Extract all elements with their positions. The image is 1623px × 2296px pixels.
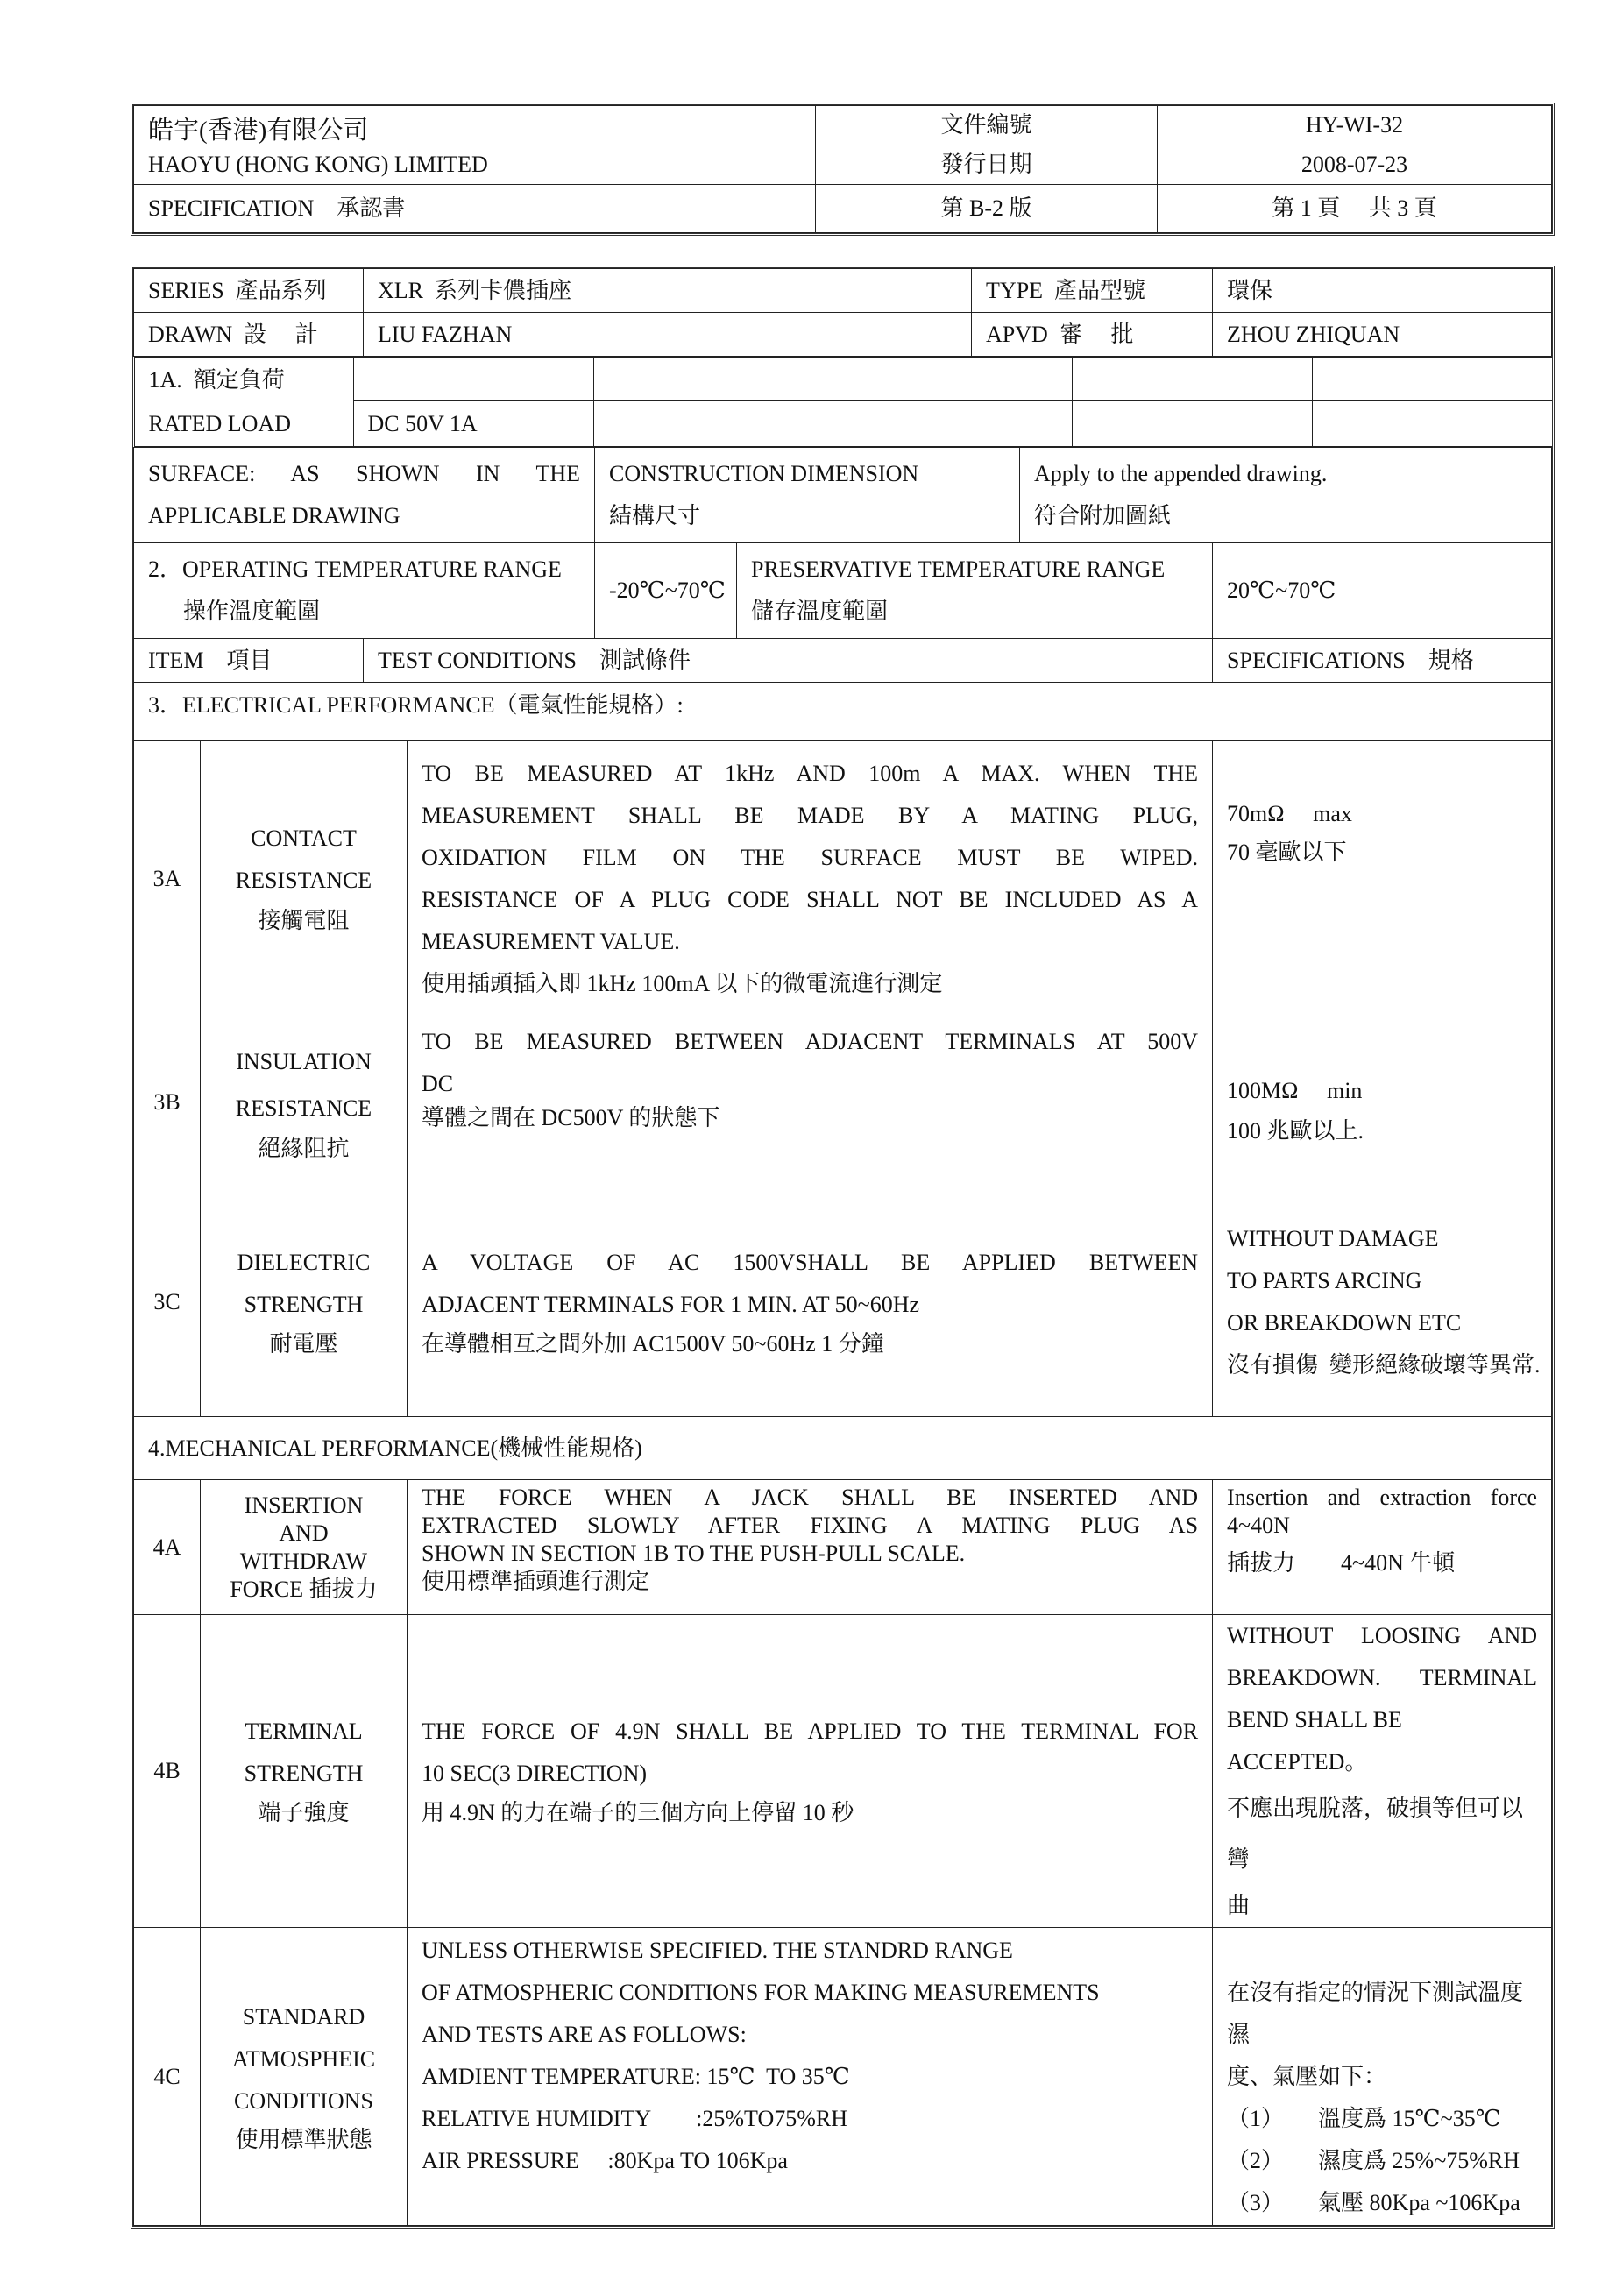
test-line-cn: 使用插頭插入即 1kHz 100mA 以下的微電流進行測定 xyxy=(422,963,1198,1005)
preservative-temp-en: PRESERVATIVE TEMPERATURE RANGE xyxy=(751,549,1198,591)
item-name-line: CONTACT xyxy=(215,818,393,860)
item-name-line: 耐電壓 xyxy=(215,1326,393,1363)
series-label: SERIES 產品系列 xyxy=(134,269,364,313)
test-line: MEASUREMENT SHALL BE MADE BY A MATING PL… xyxy=(422,795,1198,837)
item-name-line: STRENGTH xyxy=(215,1753,393,1795)
section-electrical: 3．ELECTRICAL PERFORMANCE（電氣性能規格）: xyxy=(134,683,1552,741)
column-header-spec: SPECIFICATIONS 規格 xyxy=(1213,639,1552,683)
spec-line: （3） 氣壓 80Kpa ~106Kpa xyxy=(1227,2182,1537,2224)
drawn-label: DRAWN 設 計 xyxy=(134,313,364,357)
rated-load-cell xyxy=(1072,358,1312,401)
spec-line: BEND SHALL BE ACCEPTED。 xyxy=(1227,1699,1537,1783)
specification: WITHOUT DAMAGE TO PARTS ARCING OR BREAKD… xyxy=(1213,1187,1552,1417)
rated-load-label-en: RATED LOAD xyxy=(149,402,339,446)
test-conditions: UNLESS OTHERWISE SPECIFIED. THE STANDRD … xyxy=(408,1928,1213,2226)
construction-dimension: CONSTRUCTION DIMENSION 結構尺寸 xyxy=(595,448,1020,543)
apvd-value: ZHOU ZHIQUAN xyxy=(1213,313,1552,357)
item-number: 4A xyxy=(134,1480,201,1615)
surface-line-1: SURFACE: AS SHOWN IN THE xyxy=(148,453,580,495)
item-name: INSULATION RESISTANCE 絕緣阻抗 xyxy=(201,1017,408,1187)
preservative-temp-cn: 儲存溫度範圍 xyxy=(751,591,1198,633)
test-line: AMDIENT TEMPERATURE: 15℃ TO 35℃ xyxy=(422,2056,1198,2098)
test-conditions: A VOLTAGE OF AC 1500VSHALL BE APPLIED BE… xyxy=(408,1187,1213,1417)
test-line: AND TESTS ARE AS FOLLOWS: xyxy=(422,2014,1198,2056)
doc-number-value: HY-WI-32 xyxy=(1158,106,1552,145)
spec-line: 100 兆歐以上. xyxy=(1227,1111,1537,1152)
specification: WITHOUT LOOSING AND BREAKDOWN. TERMINAL … xyxy=(1213,1615,1552,1928)
item-number: 3A xyxy=(134,741,201,1017)
item-number: 4C xyxy=(134,1928,201,2226)
company-name-cn: 皓宇(香港)有限公司 xyxy=(148,113,801,148)
spec-line: 插拔力 4~40N 牛頓 xyxy=(1227,1540,1537,1587)
test-line: MEASUREMENT VALUE. xyxy=(422,921,1198,963)
item-name: INSERTION AND WITHDRAW FORCE 插拔力 xyxy=(201,1480,408,1615)
spec-line: 度、氣壓如下： xyxy=(1227,2056,1537,2098)
item-name-line: RESISTANCE xyxy=(215,860,393,902)
item-name-line: STANDARD xyxy=(215,1996,393,2038)
rated-load-value: DC 50V 1A xyxy=(353,401,593,447)
item-name-line: INSULATION xyxy=(215,1040,393,1084)
item-name: TERMINAL STRENGTH 端子強度 xyxy=(201,1615,408,1928)
rated-load-cell xyxy=(833,358,1072,401)
item-name-line: INSERTION xyxy=(215,1492,393,1520)
test-line: RELATIVE HUMIDITY :25%TO75%RH xyxy=(422,2098,1198,2140)
specification: 70mΩ max 70 毫歐以下 xyxy=(1213,741,1552,1017)
test-line-cn: 使用標準插頭進行測定 xyxy=(422,1568,1198,1596)
test-line: OXIDATION FILM ON THE SURFACE MUST BE WI… xyxy=(422,837,1198,879)
spec-line: 沒有損傷 變形絕緣破壞等異常. xyxy=(1227,1344,1537,1386)
item-name-line: DIELECTRIC xyxy=(215,1242,393,1284)
item-name-line: 使用標準狀態 xyxy=(215,2122,393,2158)
item-name-line: STRENGTH xyxy=(215,1284,393,1326)
spec-line: 曲 xyxy=(1227,1885,1537,1927)
specification: 在沒有指定的情況下測試溫度濕 度、氣壓如下： （1） 溫度爲 15℃~35℃ （… xyxy=(1213,1928,1552,2226)
type-label: TYPE 產品型號 xyxy=(972,269,1213,313)
item-name: STANDARD ATMOSPHEIC CONDITIONS 使用標準狀態 xyxy=(201,1928,408,2226)
rated-load-cell xyxy=(1312,358,1552,401)
test-line: ADJACENT TERMINALS FOR 1 MIN. AT 50~60Hz xyxy=(422,1284,1198,1326)
item-name-line: FORCE 插拔力 xyxy=(215,1576,393,1604)
column-header-test: TEST CONDITIONS 測試條件 xyxy=(364,639,1213,683)
spec-line: 在沒有指定的情況下測試溫度濕 xyxy=(1227,1972,1537,2056)
issue-date-label: 發行日期 xyxy=(816,145,1158,185)
test-line: THE FORCE OF 4.9N SHALL BE APPLIED TO TH… xyxy=(422,1711,1198,1753)
spec-line: 不應出現脫落，破損等但可以彎 xyxy=(1227,1783,1537,1885)
rated-load-cell xyxy=(1312,401,1552,447)
doc-number-label: 文件編號 xyxy=(816,106,1158,145)
spec-line: 70 毫歐以下 xyxy=(1227,833,1537,872)
test-line: UNLESS OTHERWISE SPECIFIED. THE STANDRD … xyxy=(422,1930,1198,1972)
test-line: SHOWN IN SECTION 1B TO THE PUSH-PULL SCA… xyxy=(422,1540,1198,1568)
rated-load-table: 1A. 額定負荷 RATED LOAD DC 50V 1A xyxy=(134,357,1553,447)
operating-temp-en: 2．OPERATING TEMPERATURE RANGE xyxy=(148,549,580,591)
item-number: 3C xyxy=(134,1187,201,1417)
test-line: AIR PRESSURE :80Kpa TO 106Kpa xyxy=(422,2140,1198,2182)
page-number: 第 1 頁 共 3 頁 xyxy=(1158,185,1552,233)
spec-line: 4~40N xyxy=(1227,1512,1537,1540)
spec-line: OR BREAKDOWN ETC xyxy=(1227,1302,1537,1344)
specification: 100MΩ min 100 兆歐以上. xyxy=(1213,1017,1552,1187)
construction-cn: 結構尺寸 xyxy=(609,495,1005,537)
test-conditions: TO BE MEASURED BETWEEN ADJACENT TERMINAL… xyxy=(408,1017,1213,1187)
item-name-line: WITHDRAW xyxy=(215,1548,393,1576)
doc-title: SPECIFICATION 承認書 xyxy=(134,185,816,233)
preservative-temp-label: PRESERVATIVE TEMPERATURE RANGE 儲存溫度範圍 xyxy=(737,543,1213,639)
item-name: CONTACT RESISTANCE 接觸電阻 xyxy=(201,741,408,1017)
drawn-value: LIU FAZHAN xyxy=(364,313,972,357)
item-name-line: ATMOSPHEIC xyxy=(215,2038,393,2080)
operating-temp-label: 2．OPERATING TEMPERATURE RANGE 操作溫度範圍 xyxy=(134,543,595,639)
test-conditions: THE FORCE OF 4.9N SHALL BE APPLIED TO TH… xyxy=(408,1615,1213,1928)
test-line: A VOLTAGE OF AC 1500VSHALL BE APPLIED BE… xyxy=(422,1242,1198,1284)
test-line-cn: 用 4.9N 的力在端子的三個方向上停留 10 秒 xyxy=(422,1795,1198,1832)
item-name-line: CONDITIONS xyxy=(215,2080,393,2122)
test-line: DC xyxy=(422,1063,1198,1105)
rated-load-label-cn: 1A. 額定負荷 xyxy=(149,358,339,402)
spec-line: （1） 溫度爲 15℃~35℃ xyxy=(1227,2098,1537,2140)
rated-load-cell xyxy=(1072,401,1312,447)
construction-en: CONSTRUCTION DIMENSION xyxy=(609,453,1005,495)
test-conditions: THE FORCE WHEN A JACK SHALL BE INSERTED … xyxy=(408,1480,1213,1615)
operating-temp-cn: 操作溫度範圍 xyxy=(148,591,580,633)
item-number: 3B xyxy=(134,1017,201,1187)
rated-load-cell xyxy=(593,401,833,447)
spec-line: WITHOUT LOOSING AND xyxy=(1227,1615,1537,1657)
apply-drawing: Apply to the appended drawing. 符合附加圖紙 xyxy=(1020,448,1552,543)
spec-line: WITHOUT DAMAGE xyxy=(1227,1218,1537,1260)
rated-load-cell xyxy=(833,401,1072,447)
spec-line: BREAKDOWN. TERMINAL xyxy=(1227,1657,1537,1699)
company-name-en: HAOYU (HONG KONG) LIMITED xyxy=(148,148,801,181)
apvd-label: APVD 審 批 xyxy=(972,313,1213,357)
preservative-temp-value: 20℃~70℃ xyxy=(1213,543,1552,639)
item-name-line: 接觸電阻 xyxy=(215,902,393,940)
test-line: 10 SEC(3 DIRECTION) xyxy=(422,1753,1198,1795)
spec-line: 70mΩ max xyxy=(1227,795,1537,833)
spec-line: TO PARTS ARCING xyxy=(1227,1260,1537,1302)
surface-line-2: APPLICABLE DRAWING xyxy=(148,503,400,528)
rated-load-cell xyxy=(593,358,833,401)
test-line: TO BE MEASURED BETWEEN ADJACENT TERMINAL… xyxy=(422,1021,1198,1063)
column-header-item: ITEM 項目 xyxy=(134,639,364,683)
spec-line: （2） 濕度爲 25%~75%RH xyxy=(1227,2140,1537,2182)
item-name-line: 端子強度 xyxy=(215,1795,393,1832)
rated-load-cell xyxy=(353,358,593,401)
item-name-line: RESISTANCE xyxy=(215,1084,393,1133)
test-line: THE FORCE WHEN A JACK SHALL BE INSERTED … xyxy=(422,1484,1198,1512)
item-name-line: AND xyxy=(215,1520,393,1548)
issue-date-value: 2008-07-23 xyxy=(1158,145,1552,185)
item-name-line: TERMINAL xyxy=(215,1711,393,1753)
test-line-cn: 在導體相互之間外加 AC1500V 50~60Hz 1 分鐘 xyxy=(422,1326,1198,1363)
test-line-cn: 導體之間在 DC500V 的狀態下 xyxy=(422,1105,1198,1131)
item-name-line: 絕緣阻抗 xyxy=(215,1133,393,1165)
company-name: 皓宇(香港)有限公司 HAOYU (HONG KONG) LIMITED xyxy=(134,106,816,185)
series-value: XLR 系列卡儂插座 xyxy=(364,269,972,313)
rated-load-label: 1A. 額定負荷 RATED LOAD xyxy=(134,358,353,447)
operating-temp-value: -20℃~70℃ xyxy=(595,543,737,639)
surface-note: SURFACE: AS SHOWN IN THE APPLICABLE DRAW… xyxy=(134,448,595,543)
item-name: DIELECTRIC STRENGTH 耐電壓 xyxy=(201,1187,408,1417)
type-value: 環保 xyxy=(1213,269,1552,313)
spec-line: 100MΩ min xyxy=(1227,1071,1537,1111)
spec-table: SERIES 產品系列 XLR 系列卡儂插座 TYPE 產品型號 環保 DRAW… xyxy=(133,268,1552,2226)
test-line: TO BE MEASURED AT 1kHz AND 100m A MAX. W… xyxy=(422,753,1198,795)
test-line: RESISTANCE OF A PLUG CODE SHALL NOT BE I… xyxy=(422,879,1198,921)
test-line: OF ATMOSPHERIC CONDITIONS FOR MAKING MEA… xyxy=(422,1972,1198,2014)
apply-en: Apply to the appended drawing. xyxy=(1034,453,1537,495)
test-line: EXTRACTED SLOWLY AFTER FIXING A MATING P… xyxy=(422,1512,1198,1540)
specification: Insertion and extraction force 4~40N 插拔力… xyxy=(1213,1480,1552,1615)
section-mechanical: 4.MECHANICAL PERFORMANCE(機械性能規格) xyxy=(134,1417,1552,1480)
document-header: 皓宇(香港)有限公司 HAOYU (HONG KONG) LIMITED 文件編… xyxy=(133,105,1552,233)
test-conditions: TO BE MEASURED AT 1kHz AND 100m A MAX. W… xyxy=(408,741,1213,1017)
item-number: 4B xyxy=(134,1615,201,1928)
apply-cn: 符合附加圖紙 xyxy=(1034,495,1537,537)
spec-line: Insertion and extraction force xyxy=(1227,1484,1537,1512)
version: 第 B-2 版 xyxy=(816,185,1158,233)
